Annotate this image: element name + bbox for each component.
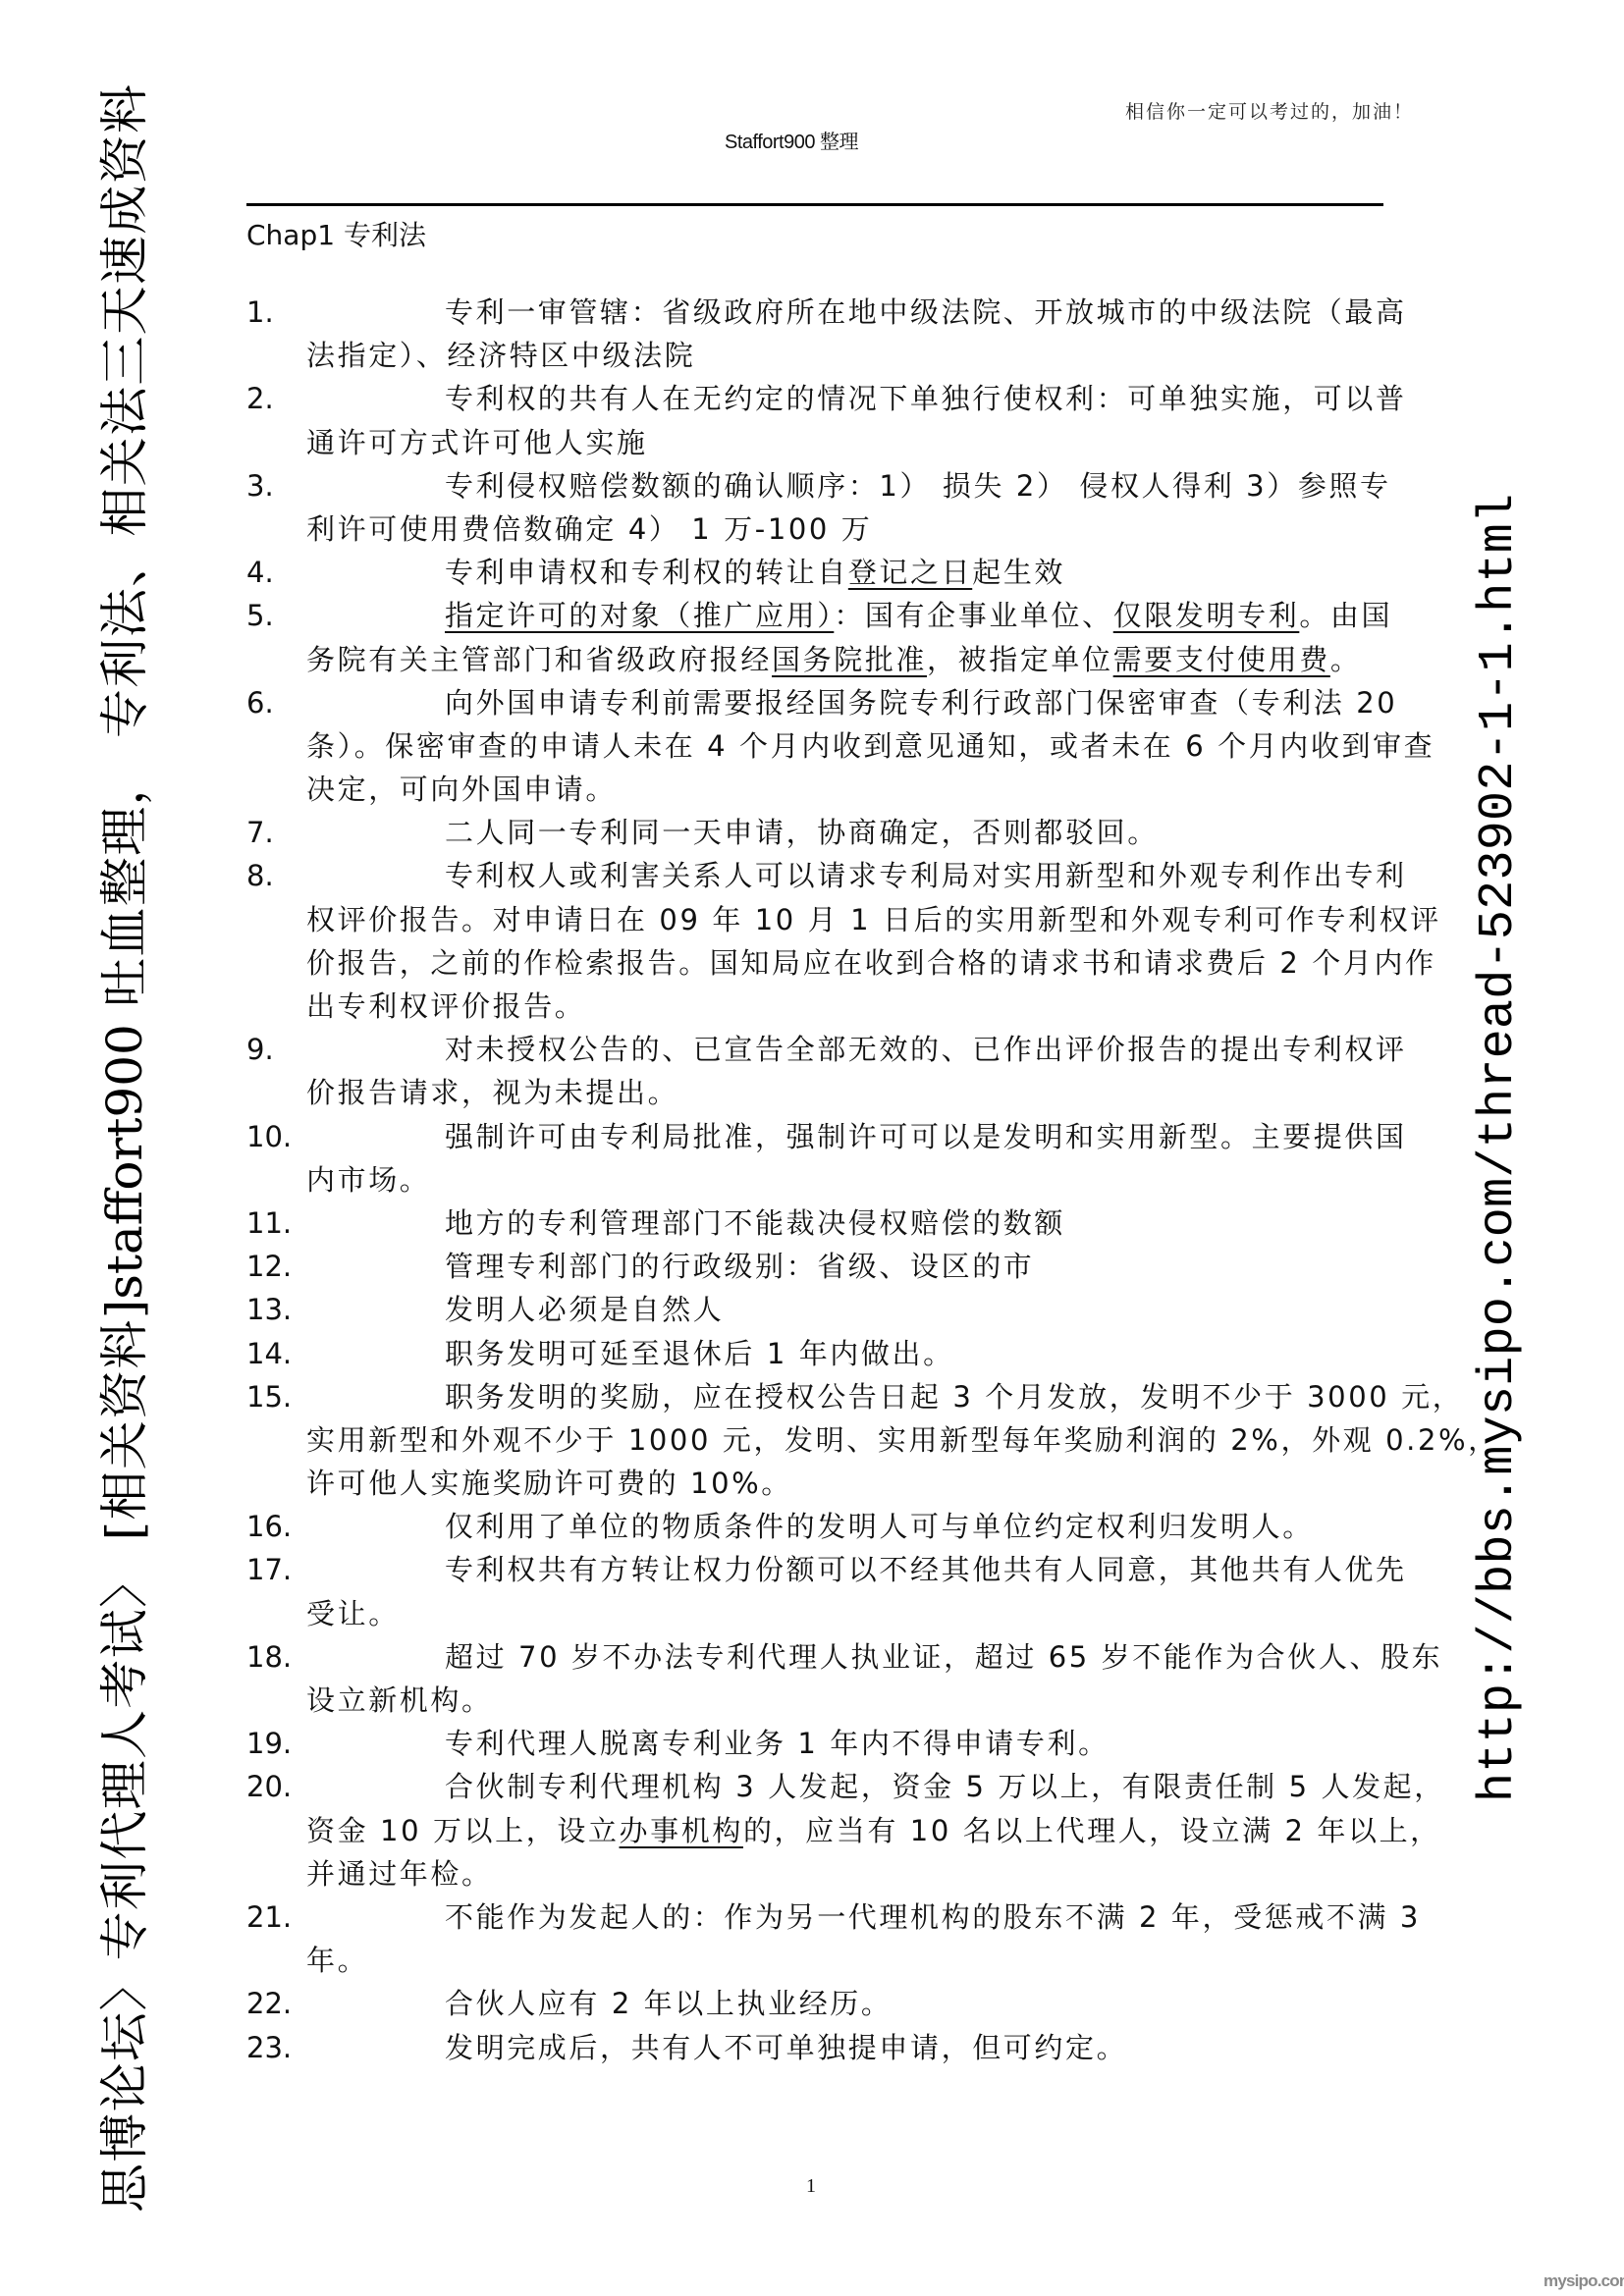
item-text: 权评价报告。对申请日在 09 年 10 月 1 日后的实用新型和外观专利可作专利… <box>306 903 1441 936</box>
underlined-text: 办事机构 <box>620 1814 743 1847</box>
item-line: 强制许可由专利局批准，强制许可可以是发明和实用新型。主要提供国 <box>246 1115 1395 1158</box>
list-item: 13. 发明人必须是自然人 <box>246 1288 1395 1331</box>
item-text: 向外国申请专利前需要报经国务院专利行政部门保密审查（专利法 20 <box>445 686 1397 720</box>
item-number: 20. <box>246 1765 292 1808</box>
header-divider <box>246 203 1383 206</box>
item-text: 二人同一专利同一天申请，协商确定，否则都驳回。 <box>445 816 1159 849</box>
item-number: 4. <box>246 551 274 594</box>
item-line: 职务发明的奖励，应在授权公告日起 3 个月发放，发明不少于 3000 元， <box>246 1375 1395 1418</box>
item-text: 条）。保密审查的申请人未在 4 个月内收到意见通知，或者未在 6 个月内收到审查 <box>306 729 1435 763</box>
item-number: 11. <box>246 1201 292 1245</box>
item-text: 法指定）、经济特区中级法院 <box>306 339 695 372</box>
watermark-left: 思博论坛〉专利代理人考试〉 [相关资料]staffort900 吐血整理， 专利… <box>100 84 149 2213</box>
item-line: 专利一审管辖：省级政府所在地中级法院、开放城市的中级法院（最高 <box>246 291 1395 334</box>
item-line: 权评价报告。对申请日在 09 年 10 月 1 日后的实用新型和外观专利可作专利… <box>246 898 1395 941</box>
item-line: 向外国申请专利前需要报经国务院专利行政部门保密审查（专利法 20 <box>246 681 1395 724</box>
item-text: 专利权共有方转让权力份额可以不经其他共有人同意，其他共有人优先 <box>445 1553 1407 1586</box>
item-number: 8. <box>246 854 274 897</box>
header-motto: 相信你一定可以考过的，加油！ <box>1125 97 1414 124</box>
item-text: 地方的专利管理部门不能裁决侵权赔偿的数额 <box>445 1206 1065 1240</box>
item-text: 。由国 <box>1299 599 1392 632</box>
item-line: 专利代理人脱离专利业务 1 年内不得申请专利。 <box>246 1722 1395 1765</box>
item-number: 23. <box>246 2026 292 2069</box>
item-text: 通许可方式许可他人实施 <box>306 426 648 459</box>
item-text: 内市场。 <box>306 1163 430 1197</box>
item-line: 并通过年检。 <box>246 1852 1395 1896</box>
item-number: 3. <box>246 464 274 507</box>
item-line: 价报告请求，视为未提出。 <box>246 1071 1395 1114</box>
item-line: 二人同一专利同一天申请，协商确定，否则都驳回。 <box>246 811 1395 854</box>
list-item: 15. 职务发明的奖励，应在授权公告日起 3 个月发放，发明不少于 3000 元… <box>246 1375 1395 1506</box>
item-number: 22. <box>246 1982 292 2025</box>
list-item: 5. 指定许可的对象（推广应用）：国有企事业单位、仅限发明专利。由国 务院有关主… <box>246 594 1395 680</box>
item-number: 6. <box>246 681 274 724</box>
list-item: 22. 合伙人应有 2 年以上执业经历。 <box>246 1982 1395 2025</box>
underlined-text: 需要支付使用费 <box>1113 643 1330 676</box>
item-text: 合伙人应有 2 年以上执业经历。 <box>445 1987 893 2020</box>
chapter-title: Chap1 专利法 <box>246 214 426 253</box>
list-item: 19. 专利代理人脱离专利业务 1 年内不得申请专利。 <box>246 1722 1395 1765</box>
item-line: 超过 70 岁不办法专利代理人执业证，超过 65 岁不能作为合伙人、股东 <box>246 1635 1395 1679</box>
list-item: 12. 管理专利部门的行政级别：省级、设区的市 <box>246 1245 1395 1288</box>
item-text: 受让。 <box>306 1597 400 1630</box>
item-number: 9. <box>246 1028 274 1071</box>
item-text: 价报告请求，视为未提出。 <box>306 1076 678 1109</box>
item-line: 专利申请权和专利权的转让自登记之日起生效 <box>246 551 1395 594</box>
item-number: 19. <box>246 1722 292 1765</box>
list-item: 23. 发明完成后，共有人不可单独提申请，但可约定。 <box>246 2026 1395 2069</box>
item-number: 15. <box>246 1375 292 1418</box>
footer-brand-watermark: mysipo.com <box>1543 2271 1624 2291</box>
item-number: 12. <box>246 1245 292 1288</box>
item-line: 受让。 <box>246 1592 1395 1635</box>
item-line: 内市场。 <box>246 1158 1395 1201</box>
list-item: 4. 专利申请权和专利权的转让自登记之日起生效 <box>246 551 1395 594</box>
list-item: 18. 超过 70 岁不办法专利代理人执业证，超过 65 岁不能作为合伙人、股东… <box>246 1635 1395 1722</box>
item-text: ，被指定单位 <box>927 643 1113 676</box>
item-text: 职务发明可延至退休后 1 年内做出。 <box>445 1337 954 1370</box>
item-number: 2. <box>246 377 274 420</box>
item-line: 通许可方式许可他人实施 <box>246 421 1395 464</box>
item-line: 管理专利部门的行政级别：省级、设区的市 <box>246 1245 1395 1288</box>
underlined-text: 国务院批准 <box>772 643 927 676</box>
item-text: 超过 70 岁不办法专利代理人执业证，超过 65 岁不能作为合伙人、股东 <box>445 1640 1442 1674</box>
list-item: 20. 合伙制专利代理机构 3 人发起，资金 5 万以上，有限责任制 5 人发起… <box>246 1765 1395 1896</box>
item-number: 18. <box>246 1635 292 1679</box>
item-line: 年。 <box>246 1939 1395 1982</box>
item-line: 指定许可的对象（推广应用）：国有企事业单位、仅限发明专利。由国 <box>246 594 1395 637</box>
item-text: 专利申请权和专利权的转让自 <box>445 556 848 589</box>
item-text: 对未授权公告的、已宣告全部无效的、已作出评价报告的提出专利权评 <box>445 1033 1407 1066</box>
item-line: 价报告，之前的作检索报告。国知局应在收到合格的请求书和请求费后 2 个月内作 <box>246 941 1395 985</box>
item-line: 职务发明可延至退休后 1 年内做出。 <box>246 1332 1395 1375</box>
list-item: 11. 地方的专利管理部门不能裁决侵权赔偿的数额 <box>246 1201 1395 1245</box>
item-text: 发明完成后，共有人不可单独提申请，但可约定。 <box>445 2031 1127 2064</box>
item-text: 专利权的共有人在无约定的情况下单独行使权利：可单独实施，可以普 <box>445 382 1407 415</box>
list-item: 6. 向外国申请专利前需要报经国务院专利行政部门保密审查（专利法 20 条）。保… <box>246 681 1395 812</box>
item-text: 许可他人实施奖励许可费的 10%。 <box>306 1467 792 1500</box>
item-text: 的，应当有 10 名以上代理人，设立满 2 年以上， <box>743 1814 1441 1847</box>
item-text: 设立新机构。 <box>306 1683 493 1717</box>
item-text: 合伙制专利代理机构 3 人发起，资金 5 万以上，有限责任制 5 人发起， <box>445 1770 1445 1803</box>
item-line: 设立新机构。 <box>246 1679 1395 1722</box>
watermark-right-url: http://bbs.mysipo.com/thread-523902-1-1.… <box>1475 494 1524 1802</box>
list-item: 14. 职务发明可延至退休后 1 年内做出。 <box>246 1332 1395 1375</box>
item-text: 专利权人或利害关系人可以请求专利局对实用新型和外观专利作出专利 <box>445 859 1407 892</box>
item-line: 资金 10 万以上，设立办事机构的，应当有 10 名以上代理人，设立满 2 年以… <box>246 1809 1395 1852</box>
item-line: 专利侵权赔偿数额的确认顺序：1） 损失 2） 侵权人得利 3）参照专 <box>246 464 1395 507</box>
item-text: 资金 10 万以上，设立 <box>306 1814 620 1847</box>
item-text: 专利代理人脱离专利业务 1 年内不得申请专利。 <box>445 1727 1110 1760</box>
item-text: 。 <box>1330 643 1362 676</box>
item-text: 不能作为发起人的：作为另一代理机构的股东不满 2 年，受惩戒不满 3 <box>445 1900 1421 1934</box>
underlined-text: 登记之日 <box>848 556 972 589</box>
item-text: 价报告，之前的作检索报告。国知局应在收到合格的请求书和请求费后 2 个月内作 <box>306 946 1436 980</box>
item-text: 年。 <box>306 1944 368 1977</box>
item-line: 出专利权评价报告。 <box>246 985 1395 1028</box>
item-number: 5. <box>246 594 274 637</box>
item-line: 条）。保密审查的申请人未在 4 个月内收到意见通知，或者未在 6 个月内收到审查 <box>246 724 1395 768</box>
item-line: 合伙人应有 2 年以上执业经历。 <box>246 1982 1395 2025</box>
item-text: 利许可使用费倍数确定 4） 1 万-100 万 <box>306 512 872 546</box>
item-line: 实用新型和外观不少于 1000 元，发明、实用新型每年奖励利润的 2%，外观 0… <box>246 1418 1395 1462</box>
list-item: 16. 仅利用了单位的物质条件的发明人可与单位约定权利归发明人。 <box>246 1505 1395 1548</box>
page-number: 1 <box>806 2175 816 2198</box>
item-line: 发明完成后，共有人不可单独提申请，但可约定。 <box>246 2026 1395 2069</box>
item-line: 仅利用了单位的物质条件的发明人可与单位约定权利归发明人。 <box>246 1505 1395 1548</box>
item-line: 决定，可向外国申请。 <box>246 768 1395 811</box>
item-text: 发明人必须是自然人 <box>445 1293 724 1326</box>
item-text: 并通过年检。 <box>306 1857 493 1891</box>
item-text: ：国有企事业单位、 <box>834 599 1112 632</box>
list-item: 21. 不能作为发起人的：作为另一代理机构的股东不满 2 年，受惩戒不满 3 年… <box>246 1896 1395 1982</box>
item-number: 21. <box>246 1896 292 1939</box>
item-number: 7. <box>246 811 274 854</box>
item-line: 不能作为发起人的：作为另一代理机构的股东不满 2 年，受惩戒不满 3 <box>246 1896 1395 1939</box>
item-text: 出专利权评价报告。 <box>306 989 585 1023</box>
numbered-list: 1. 专利一审管辖：省级政府所在地中级法院、开放城市的中级法院（最高 法指定）、… <box>246 291 1395 2069</box>
item-line: 专利权人或利害关系人可以请求专利局对实用新型和外观专利作出专利 <box>246 854 1395 897</box>
item-line: 对未授权公告的、已宣告全部无效的、已作出评价报告的提出专利权评 <box>246 1028 1395 1071</box>
item-line: 地方的专利管理部门不能裁决侵权赔偿的数额 <box>246 1201 1395 1245</box>
list-item: 2. 专利权的共有人在无约定的情况下单独行使权利：可单独实施，可以普 通许可方式… <box>246 377 1395 463</box>
header-author: Staffort900 整理 <box>725 126 858 154</box>
item-text: 强制许可由专利局批准，强制许可可以是发明和实用新型。主要提供国 <box>445 1120 1407 1153</box>
item-line: 许可他人实施奖励许可费的 10%。 <box>246 1462 1395 1505</box>
item-line: 利许可使用费倍数确定 4） 1 万-100 万 <box>246 507 1395 551</box>
list-item: 8. 专利权人或利害关系人可以请求专利局对实用新型和外观专利作出专利 权评价报告… <box>246 854 1395 1028</box>
item-number: 16. <box>246 1505 292 1548</box>
item-text: 管理专利部门的行政级别：省级、设区的市 <box>445 1250 1034 1283</box>
item-line: 合伙制专利代理机构 3 人发起，资金 5 万以上，有限责任制 5 人发起， <box>246 1765 1395 1808</box>
item-text: 专利一审管辖：省级政府所在地中级法院、开放城市的中级法院（最高 <box>445 295 1407 329</box>
item-text: 职务发明的奖励，应在授权公告日起 3 个月发放，发明不少于 3000 元， <box>445 1380 1463 1414</box>
item-text: 仅利用了单位的物质条件的发明人可与单位约定权利归发明人。 <box>445 1510 1314 1543</box>
item-number: 13. <box>246 1288 292 1331</box>
item-text: 起生效 <box>972 556 1065 589</box>
item-line: 专利权共有方转让权力份额可以不经其他共有人同意，其他共有人优先 <box>246 1548 1395 1591</box>
item-line: 法指定）、经济特区中级法院 <box>246 334 1395 377</box>
list-item: 10. 强制许可由专利局批准，强制许可可以是发明和实用新型。主要提供国 内市场。 <box>246 1115 1395 1201</box>
item-number: 14. <box>246 1332 292 1375</box>
list-item: 1. 专利一审管辖：省级政府所在地中级法院、开放城市的中级法院（最高 法指定）、… <box>246 291 1395 377</box>
item-number: 1. <box>246 291 274 334</box>
item-number: 10. <box>246 1115 292 1158</box>
item-text: 决定，可向外国申请。 <box>306 773 617 806</box>
item-text: 专利侵权赔偿数额的确认顺序：1） 损失 2） 侵权人得利 3）参照专 <box>445 469 1391 503</box>
item-text: 实用新型和外观不少于 1000 元，发明、实用新型每年奖励利润的 2%，外观 0… <box>306 1423 1499 1457</box>
list-item: 9. 对未授权公告的、已宣告全部无效的、已作出评价报告的提出专利权评 价报告请求… <box>246 1028 1395 1114</box>
underlined-text: 仅限发明专利 <box>1113 599 1300 632</box>
list-item: 17. 专利权共有方转让权力份额可以不经其他共有人同意，其他共有人优先 受让。 <box>246 1548 1395 1634</box>
item-line: 发明人必须是自然人 <box>246 1288 1395 1331</box>
underlined-text: 指定许可的对象（推广应用） <box>445 599 834 632</box>
item-text: 务院有关主管部门和省级政府报经 <box>306 643 772 676</box>
list-item: 7. 二人同一专利同一天申请，协商确定，否则都驳回。 <box>246 811 1395 854</box>
item-line: 专利权的共有人在无约定的情况下单独行使权利：可单独实施，可以普 <box>246 377 1395 420</box>
list-item: 3. 专利侵权赔偿数额的确认顺序：1） 损失 2） 侵权人得利 3）参照专 利许… <box>246 464 1395 551</box>
item-line: 务院有关主管部门和省级政府报经国务院批准，被指定单位需要支付使用费。 <box>246 638 1395 681</box>
item-number: 17. <box>246 1548 292 1591</box>
